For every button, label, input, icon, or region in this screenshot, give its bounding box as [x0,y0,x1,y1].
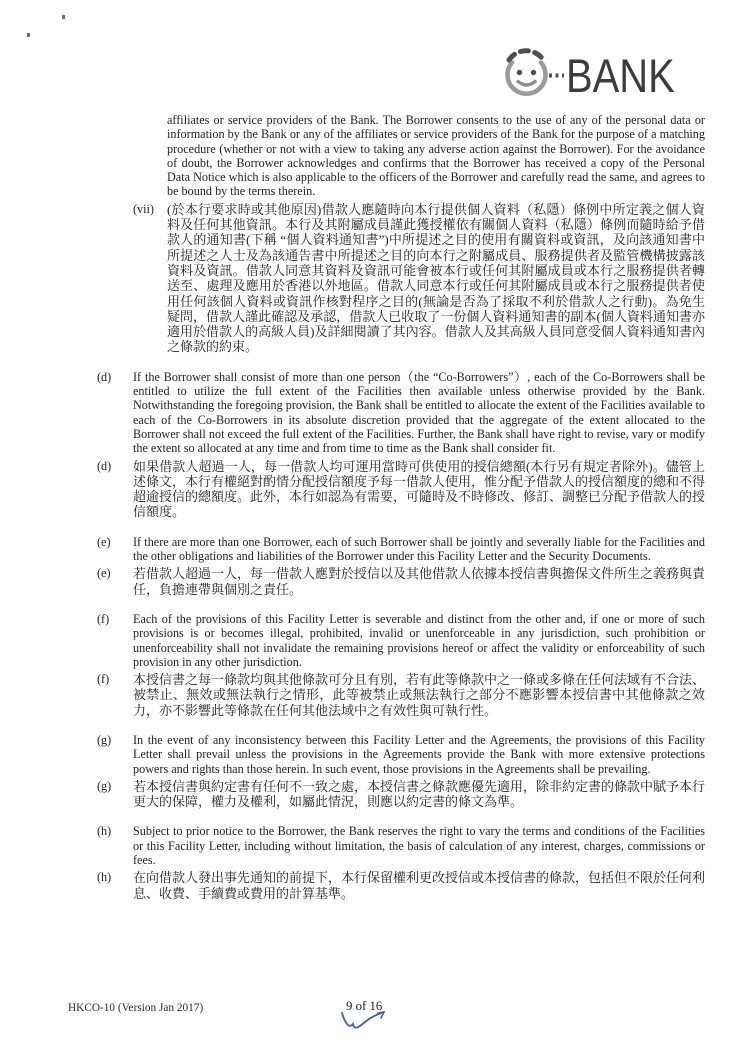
clause-text: Each of the provisions of this Facility … [133,612,705,669]
footer-doc-code: HKCO-10 (Version Jan 2017) [68,1002,203,1014]
clause-section: (d) If the Borrower shall consist of mor… [97,370,705,520]
clause-text: affiliates or service providers of the B… [167,113,705,199]
bank-logo: BANK [500,48,694,103]
clause-paragraph: (d) 如果借款人超過一人，每一借款人均可運用當時可供使用的授信總額(本行另有規… [97,459,705,520]
clause-section: (e) If there are more than one Borrower,… [97,535,705,597]
clause-label: (d) [97,370,133,384]
clause-label: (e) [97,566,133,581]
clause-text: 若借款人超過一人，每一借款人應對於授信以及其他借款人依據本授信書與擔保文件所生之… [133,566,705,597]
clause-text: In the event of any inconsistency betwee… [133,733,705,776]
clause-section: affiliates or service providers of the B… [97,113,705,355]
clause-label: (e) [97,535,133,549]
clause-paragraph: (g) In the event of any inconsistency be… [97,733,705,776]
clause-section: (h) Subject to prior notice to the Borro… [97,824,705,900]
clause-section: (g) In the event of any inconsistency be… [97,733,705,809]
scan-speck [27,33,30,37]
scan-speck [62,15,65,19]
clause-paragraph: (e) If there are more than one Borrower,… [97,535,705,564]
clause-text: (於本行要求時或其他原因)借款人應隨時向本行提供個人資料（私隱）條例中所定義之個… [167,202,705,355]
clause-label: (f) [97,672,133,687]
clause-paragraph: (e) 若借款人超過一人，每一借款人應對於授信以及其他借款人依據本授信書與擔保文… [97,566,705,597]
clause-label: (h) [97,870,133,885]
clause-text: Subject to prior notice to the Borrower,… [133,824,705,867]
clause-paragraph: affiliates or service providers of the B… [97,113,705,199]
smiley-icon [500,48,566,103]
clause-label: (g) [97,733,133,747]
clause-text: 若本授信書與約定書有任何不一致之處，本授信書之條款應優先適用，除非約定書的條款中… [133,779,705,810]
clause-paragraph: (d) If the Borrower shall consist of mor… [97,370,705,456]
clause-label: (f) [97,612,133,626]
clause-paragraph: (f) 本授信書之每一條款均與其他條款可分且有別，若有此等條款中之一條或多條在任… [97,672,705,718]
clause-section: (f) Each of the provisions of this Facil… [97,612,705,718]
clause-paragraph: (g) 若本授信書與約定書有任何不一致之處，本授信書之條款應優先適用，除非約定書… [97,779,705,810]
clause-paragraph: (f) Each of the provisions of this Facil… [97,612,705,669]
clause-text: 如果借款人超過一人，每一借款人均可運用當時可供使用的授信總額(本行另有規定者除外… [133,459,705,520]
clause-label: (d) [97,459,133,474]
clause-text: If the Borrower shall consist of more th… [133,370,705,456]
clause-paragraph: (h) Subject to prior notice to the Borro… [97,824,705,867]
document-body: affiliates or service providers of the B… [97,113,705,916]
clause-paragraph: (vii) (於本行要求時或其他原因)借款人應隨時向本行提供個人資料（私隱）條例… [97,202,705,355]
bank-logo-text: BANK [566,52,675,99]
clause-text: 在向借款人發出事先通知的前提下，本行保留權利更改授信或本授信書的條款，包括但不限… [133,870,705,901]
clause-text: If there are more than one Borrower, eac… [133,535,705,564]
clause-text: 本授信書之每一條款均與其他條款可分且有別，若有此等條款中之一條或多條在任何法域有… [133,672,705,718]
pen-mark-icon [338,1011,394,1037]
clause-label: (g) [97,779,133,794]
clause-label: (vii) [133,202,167,217]
clause-paragraph: (h) 在向借款人發出事先通知的前提下，本行保留權利更改授信或本授信書的條款，包… [97,870,705,901]
clause-label: (h) [97,824,133,838]
